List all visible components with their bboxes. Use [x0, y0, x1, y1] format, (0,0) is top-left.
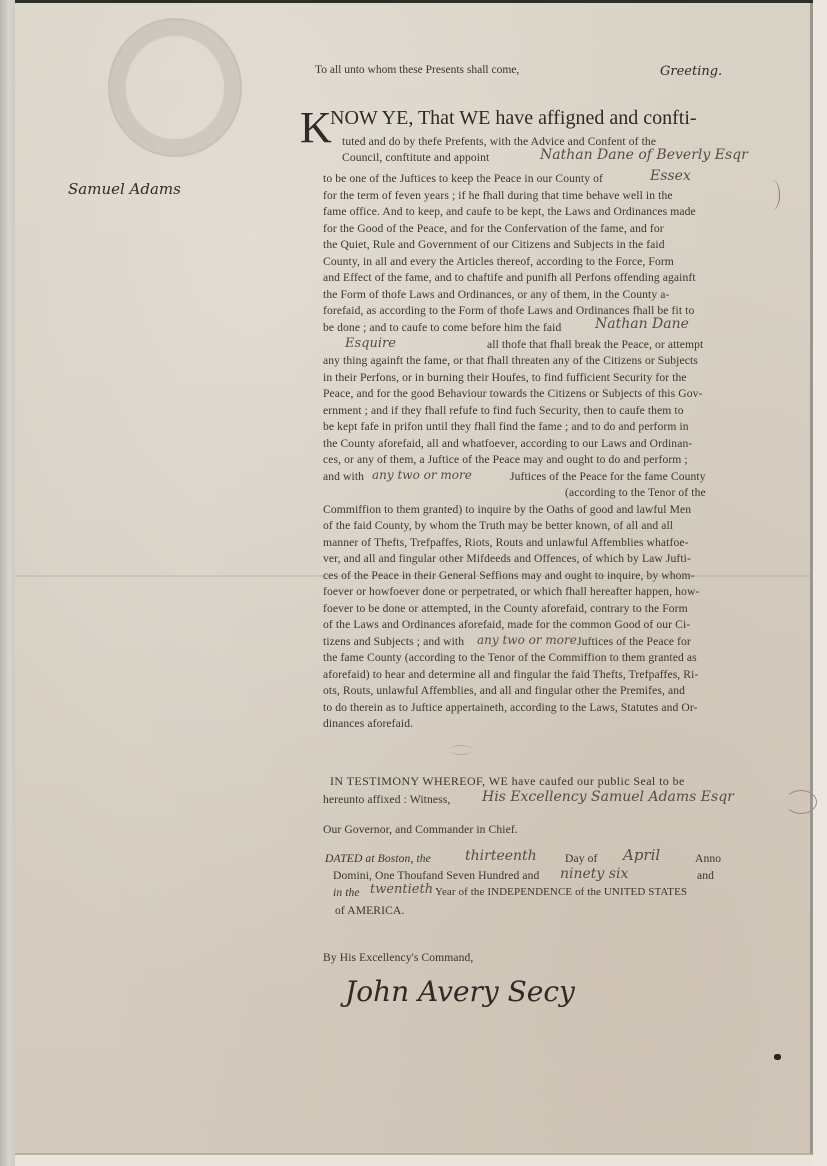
body-line: County, in all and every the Articles th… — [323, 255, 674, 268]
heading-initial: K — [300, 106, 332, 150]
body-line: for the term of feven years ; if he fhal… — [323, 189, 673, 202]
body-line: Council, conftitute and appoint — [342, 151, 489, 164]
embossed-paper-mark — [195, 595, 285, 685]
handwritten-county: Essex — [650, 168, 691, 184]
handwritten-month: April — [623, 846, 660, 864]
testimony-witness-label: hereunto affixed : Witness, — [323, 793, 450, 806]
dated-part: Domini, One Thoufand Seven Hundred and — [333, 869, 539, 882]
body-line: tizens and Subjects ; and with — [323, 635, 464, 648]
secretary-signature: John Avery Secy — [345, 975, 575, 1008]
dated-part: in the — [333, 886, 360, 899]
handwritten-day: thirteenth — [465, 848, 537, 864]
handwritten-title: Esquire — [345, 336, 396, 351]
body-line: Commiffion to them granted) to inquire b… — [323, 503, 691, 516]
body-line: of the faid County, by whom the Truth ma… — [323, 519, 673, 532]
body-line: manner of Thefts, Trefpaffes, Riots, Rou… — [323, 536, 689, 549]
greeting-line: To all unto whom these Presents shall co… — [315, 64, 519, 76]
body-line: foever or howfoever done or perpetrated,… — [323, 585, 699, 598]
body-line: aforefaid) to hear and determine all and… — [323, 668, 698, 681]
body-line: the Quiet, Rule and Government of our Ci… — [323, 238, 665, 251]
body-line: ernment ; and if they fhall refufe to fi… — [323, 404, 684, 417]
body-line: and with — [323, 470, 364, 483]
command-label: By His Excellency's Command, — [323, 951, 473, 964]
body-line: fame office. And to keep, and caufe to b… — [323, 205, 696, 218]
body-line: all thofe that fhall break the Peace, or… — [487, 338, 703, 351]
handwritten-year: ninety six — [560, 866, 628, 882]
body-line: Juftices of the Peace for — [577, 635, 691, 648]
scan-left-edge — [0, 0, 15, 1166]
body-line: of the Laws and Ordinances aforefaid, ma… — [323, 618, 690, 631]
testimony-governor: Our Governor, and Commander in Chief. — [323, 823, 518, 836]
heading: NOW YE, That WE have affigned and confti… — [330, 107, 697, 130]
body-line: (according to the Tenor of the — [565, 486, 706, 499]
body-line: any thing againft the fame, or that fhal… — [323, 354, 698, 367]
dated-part: Anno — [695, 852, 721, 865]
body-line: the County aforefaid, all and whatfoever… — [323, 437, 692, 450]
body-line: ots, Routs, unlawful Affemblies, and all… — [323, 684, 685, 697]
handwritten-any-two: any two or more — [477, 633, 577, 647]
scan-right-margin — [813, 0, 827, 1166]
body-line: dinances aforefaid. — [323, 717, 413, 730]
body-line: ces of the Peace in their General Seffio… — [323, 569, 695, 582]
margin-signature: Samuel Adams — [68, 180, 181, 198]
handwritten-witness: His Excellency Samuel Adams Esqr — [482, 789, 734, 805]
body-line: and Effect of the fame, and to chaftife … — [323, 271, 696, 284]
embossed-seal-icon — [108, 18, 242, 157]
ornament-divider-icon — [450, 745, 472, 755]
ink-spot — [774, 1054, 781, 1060]
handwritten-independence-year: twentieth — [370, 882, 433, 897]
greeting: Greeting. — [660, 64, 722, 79]
body-line: Peace, and for the good Behaviour toward… — [323, 387, 702, 400]
handwritten-appointee-short: Nathan Dane — [595, 316, 689, 332]
body-line: ver, and all and fingular other Mifdeeds… — [323, 552, 691, 565]
body-line: to do therein as to Juftice appertaineth… — [323, 701, 698, 714]
body-line: foever to be done or attempted, in the C… — [323, 602, 688, 615]
handwritten-any-two: any two or more — [372, 468, 472, 482]
dated-part: Day of — [565, 852, 597, 865]
body-line: in their Perfons, or in burning their Ho… — [323, 371, 687, 384]
dated-part: DATED at Boston, the — [325, 852, 431, 865]
body-line: the fame County (according to the Tenor … — [323, 651, 697, 664]
body-line: Juftices of the Peace for the fame Count… — [510, 470, 706, 483]
testimony-line: IN TESTIMONY WHEREOF, WE have caufed our… — [330, 774, 685, 789]
body-line: the Form of thofe Laws and Ordinances, o… — [323, 288, 669, 301]
dated-part: Year of the INDEPENDENCE of the UNITED S… — [435, 886, 687, 898]
dated-part: and — [697, 869, 714, 882]
dated-part: of AMERICA. — [335, 904, 404, 917]
flourish-mark — [785, 790, 817, 814]
body-line: for the Good of the Peace, and for the C… — [323, 222, 664, 235]
body-line: be kept fafe in prifon until they fhall … — [323, 420, 689, 433]
body-line: be done ; and to caufe to come before hi… — [323, 321, 561, 334]
handwritten-appointee: Nathan Dane of Beverly Esqr — [540, 147, 748, 163]
body-line: ces, or any of them, a Juftice of the Pe… — [323, 453, 688, 466]
margin-bracket-mark — [765, 180, 780, 210]
body-line: to be one of the Juftices to keep the Pe… — [323, 172, 603, 185]
